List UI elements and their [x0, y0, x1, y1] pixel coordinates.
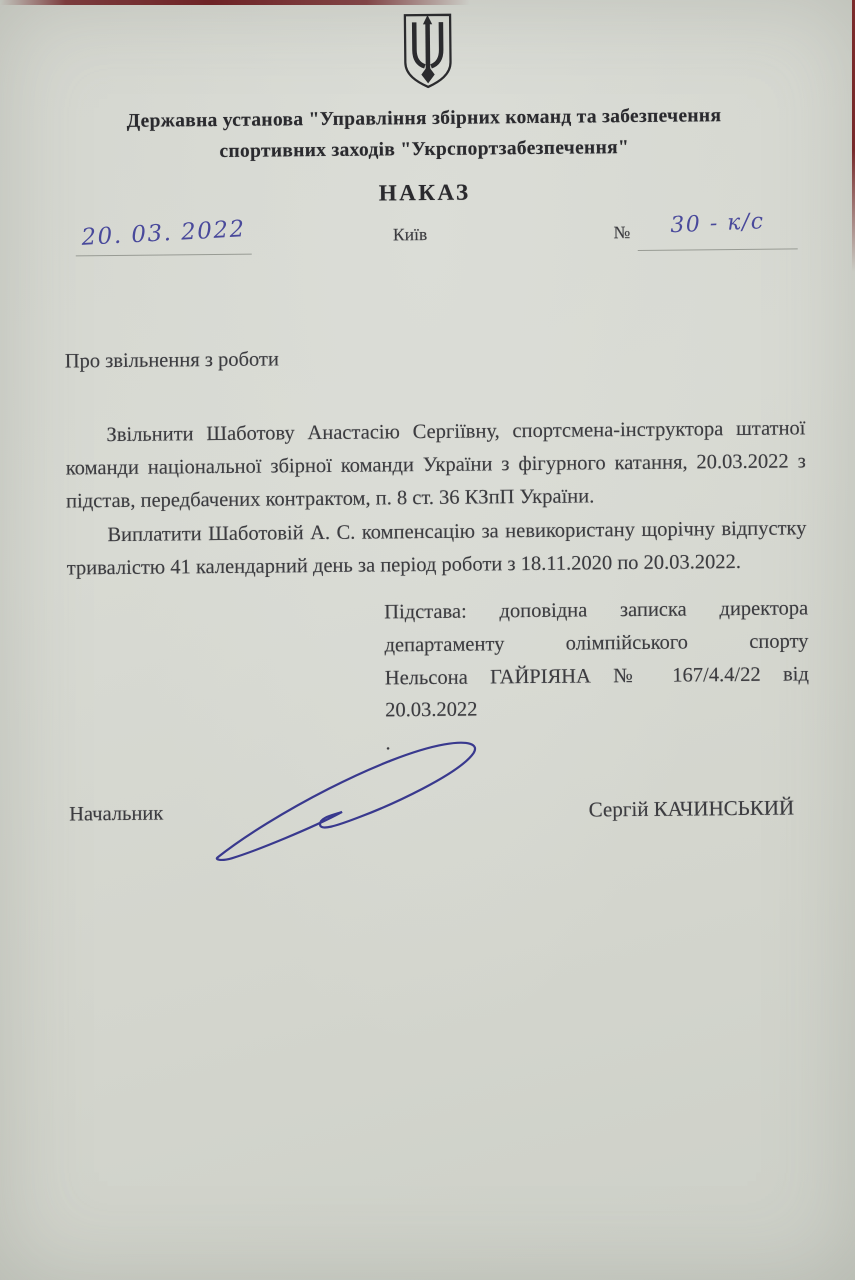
basis-line: департаменту олімпійського спорту [384, 625, 808, 662]
basis-line: 20.03.2022 [385, 691, 809, 728]
paragraph-dismissal: Звільнити Шаботову Анастасію Сергіївну, … [65, 412, 806, 519]
date-underline [76, 254, 252, 257]
document-title: НАКАЗ [0, 176, 852, 210]
meta-row: 20. 03. 2022 Київ № 30 - к/с [0, 212, 853, 266]
position-title: Начальник [69, 803, 163, 827]
signer-name: Сергій КАЧИНСЬКИЙ [589, 795, 795, 822]
order-body: Звільнити Шаботову Анастасію Сергіївну, … [65, 412, 807, 585]
organization-name: Державна установа "Управління збірних ко… [36, 100, 812, 169]
paragraph-compensation: Виплатити Шаботовій А. С. компенсацію за… [66, 512, 807, 586]
basis-line: Підстава: доповідна записка директора [384, 592, 808, 629]
order-document: Державна установа "Управління збірних ко… [0, 0, 855, 1280]
number-underline [638, 248, 798, 251]
basis-line: Нельсона ГАЙРІЯНА № 167/4.4/22 від [385, 658, 809, 695]
ukraine-trident-emblem-icon [401, 13, 454, 89]
handwritten-signature [206, 739, 491, 864]
basis-block: Підстава: доповідна записка директора де… [384, 592, 810, 760]
backdrop-edge-top [0, 0, 470, 5]
subject-line: Про звільнення з роботи [65, 348, 279, 373]
number-sign: № [613, 222, 630, 243]
